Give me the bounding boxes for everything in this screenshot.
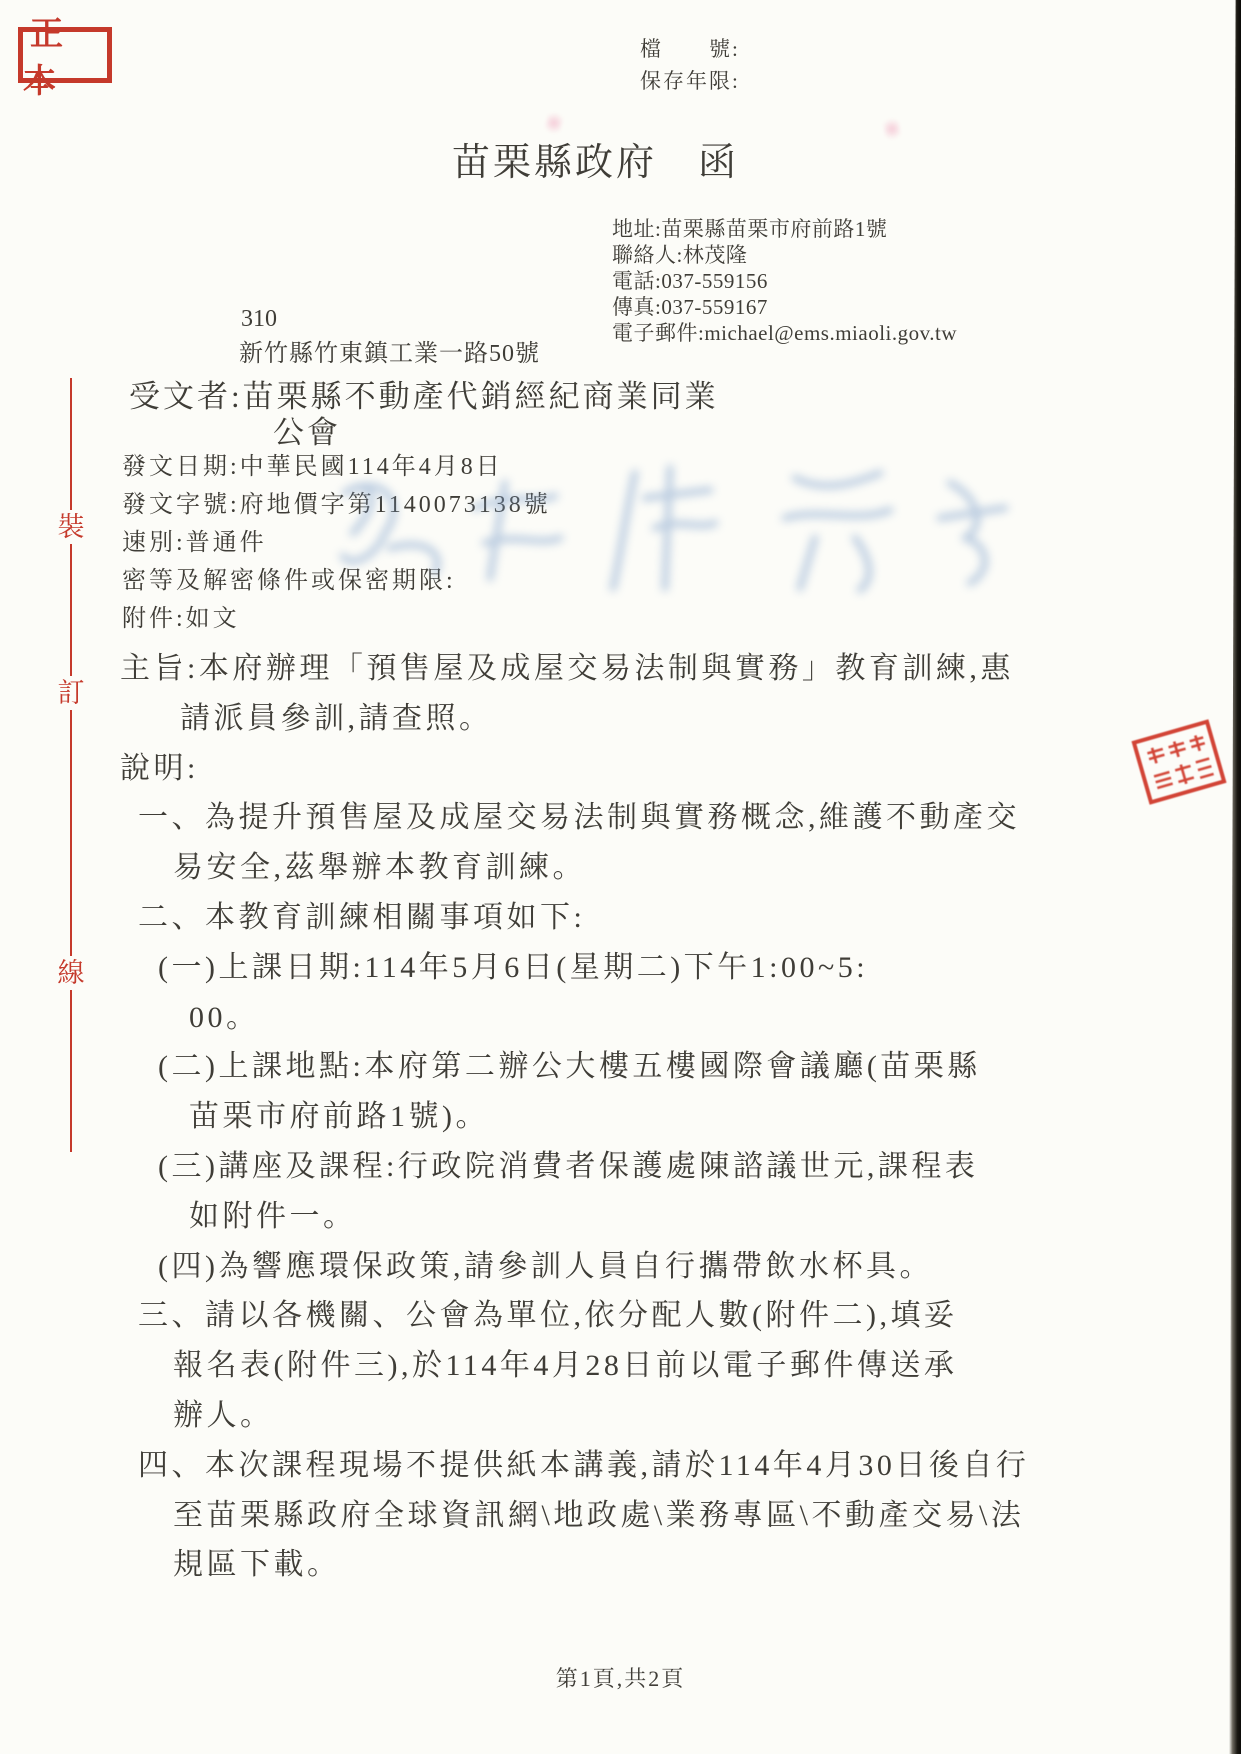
- body-text-line: 報名表(附件三),於114年4月28日前以電子郵件傳送承: [0, 1341, 1241, 1391]
- binding-line: [70, 378, 72, 1152]
- file-number-label: 檔 號:: [640, 33, 740, 65]
- recipient-mailing-address: 新竹縣竹東鎮工業一路50號: [239, 333, 540, 368]
- binding-line-char: 線: [54, 956, 88, 990]
- body-text-line: (四)為響應環保政策,請參訓人員自行攜帶飲水杯具。: [0, 1242, 1241, 1292]
- sender-contact-line: 地址:苗栗縣苗栗市府前路1號: [612, 216, 957, 242]
- body-text-line: 苗栗市府前路1號)。: [0, 1092, 1241, 1142]
- binding-line-char: 裝: [54, 510, 88, 544]
- body-text-line: 如附件一。: [0, 1192, 1241, 1242]
- binding-line-char: 訂: [54, 676, 88, 710]
- body-text-line: (一)上課日期:114年5月6日(星期二)下午1:00~5:: [0, 943, 1241, 993]
- file-number-block: 檔 號: 保存年限:: [640, 33, 740, 97]
- copy-type-label: 正本: [23, 8, 107, 102]
- body-text-line: 說明:: [0, 744, 1241, 794]
- faint-blue-ink-stamp: [315, 438, 1015, 618]
- sender-contact-line: 電話:037-559156: [612, 268, 957, 294]
- letter-body: 主旨:本府辦理「預售屋及成屋交易法制與實務」教育訓練,惠請派員參訓,請查照。說明…: [0, 644, 1241, 1590]
- recipient-zip-code: 310: [241, 306, 277, 333]
- body-text-line: 主旨:本府辦理「預售屋及成屋交易法制與實務」教育訓練,惠: [0, 644, 1241, 694]
- retention-period-label: 保存年限:: [640, 65, 740, 97]
- body-text-line: 至苗栗縣政府全球資訊網\地政處\業務專區\不動產交易\法: [0, 1491, 1241, 1541]
- body-text-line: (二)上課地點:本府第二辦公大樓五樓國際會議廳(苗栗縣: [0, 1042, 1241, 1092]
- body-text-line: (三)講座及課程:行政院消費者保護處陳諮議世元,課程表: [0, 1142, 1241, 1192]
- body-text-line: 四、本次課程現場不提供紙本講義,請於114年4月30日後自行: [0, 1441, 1241, 1491]
- body-text-line: 規區下載。: [0, 1540, 1241, 1590]
- sender-contact-line: 電子郵件:michael@ems.miaoli.gov.tw: [612, 320, 957, 346]
- body-text-line: 易安全,茲舉辦本教育訓練。: [0, 843, 1241, 893]
- body-text-line: 辦人。: [0, 1391, 1241, 1441]
- body-text-line: 一、為提升預售屋及成屋交易法制與實務概念,維護不動產交: [0, 793, 1241, 843]
- recipient-name-line1: 受文者:苗栗縣不動產代銷經紀商業同業: [129, 371, 719, 416]
- body-text-line: 三、請以各機關、公會為單位,依分配人數(附件二),填妥: [0, 1291, 1241, 1341]
- scanned-official-letter-page: 正本 檔 號: 保存年限: 苗栗縣政府 函 地址:苗栗縣苗栗市府前路1號聯絡人:…: [0, 0, 1241, 1754]
- body-text-line: 二、本教育訓練相關事項如下:: [0, 893, 1241, 943]
- page-number-footer: 第1頁,共2頁: [0, 1662, 1241, 1693]
- scan-artifact-speck: [882, 115, 902, 143]
- body-text-line: 請派員參訓,請查照。: [0, 694, 1241, 744]
- sender-contact-line: 傳真:037-559167: [612, 294, 957, 320]
- sender-contact-block: 地址:苗栗縣苗栗市府前路1號聯絡人:林茂隆電話:037-559156傳真:037…: [612, 216, 957, 346]
- document-title: 苗栗縣政府 函: [452, 131, 739, 186]
- copy-type-stamp: 正本: [18, 27, 112, 83]
- body-text-line: 00。: [0, 993, 1241, 1043]
- sender-contact-line: 聯絡人:林茂隆: [612, 242, 957, 268]
